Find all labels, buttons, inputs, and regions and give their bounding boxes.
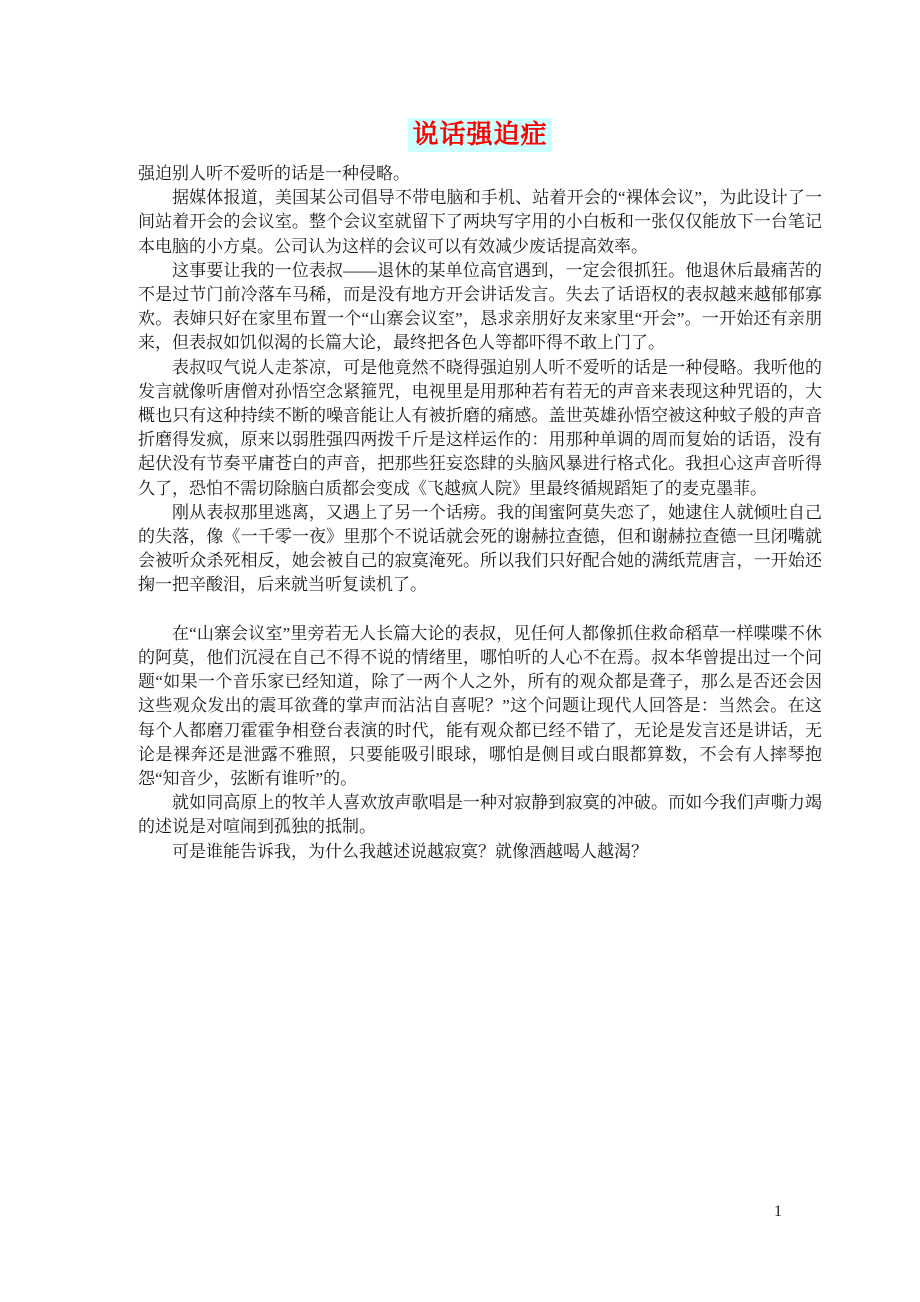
paragraph-uncle-sighs: 表叔叹气说人走茶凉，可是他竟然不晓得强迫别人听不爱听的话是一种侵略。我听他的发言… [138,356,822,501]
document-content: 说话强迫症 强迫别人听不爱听的话是一种侵略。 据媒体报道，美国某公司倡导不带电脑… [138,118,822,864]
document-body: 强迫别人听不爱听的话是一种侵略。 据媒体报道，美国某公司倡导不带电脑和手机、站着… [138,162,822,864]
paragraph-shepherd: 就如同高原上的牧羊人喜欢放声歌唱是一种对寂静到寂寞的冲破。而如今我们声嘶力竭的述… [138,791,822,839]
paragraph-uncle-retired: 这事要让我的一位表叔——退休的某单位高官遇到，一定会很抓狂。他退休后最痛苦的不是… [138,259,822,356]
document-title: 说话强迫症 [138,118,822,150]
paragraph-schopenhauer: 在“山寨会议室”里旁若无人长篇大论的表叔，见任何人都像抓住救命稻草一样喋喋不休的… [138,622,822,791]
paragraph-friend-amo: 刚从表叔那里逃离，又遇上了另一个话痨。我的闺蜜阿莫失恋了，她逮住人就倾吐自己的失… [138,501,822,598]
document-title-text: 说话强迫症 [408,118,551,152]
paragraph-media-report: 据媒体报道，美国某公司倡导不带电脑和手机、站着开会的“裸体会议”，为此设计了一间… [138,186,822,259]
paragraph-thesis: 强迫别人听不爱听的话是一种侵略。 [138,162,822,186]
paragraph-closing-question: 可是谁能告诉我，为什么我越述说越寂寞？就像酒越喝人越渴？ [138,840,822,864]
document-page: 说话强迫症 强迫别人听不爱听的话是一种侵略。 据媒体报道，美国某公司倡导不带电脑… [0,0,920,1302]
page-number: 1 [770,1203,786,1221]
